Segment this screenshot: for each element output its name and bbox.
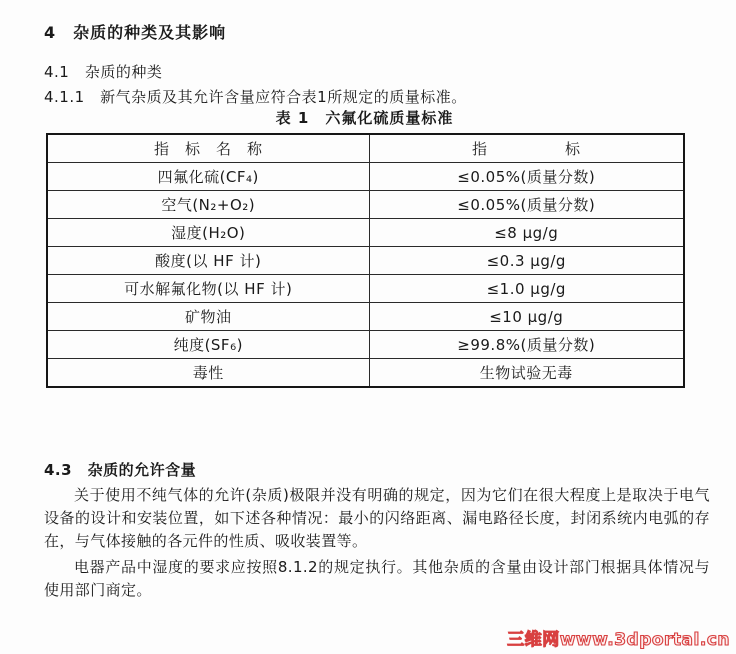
document-page: 4 杂质的种类及其影响 4.1 杂质的种类 4.1.1 新气杂质及其允许含量应符…: [0, 0, 736, 654]
indicator-value-cell: ≤0.05%(质量分数): [369, 163, 684, 191]
indicator-name-cell: 毒性: [47, 359, 369, 388]
table-caption: 表 1 六氟化硫质量标准: [46, 107, 683, 128]
indicator-name-cell: 酸度(以 HF 计): [47, 247, 369, 275]
table-row: 矿物油 ≤10 μg/g: [47, 303, 684, 331]
section-4-1-heading: 4.1 杂质的种类: [44, 61, 162, 82]
table-row: 空气(N₂+O₂) ≤0.05%(质量分数): [47, 191, 684, 219]
table-row: 湿度(H₂O) ≤8 μg/g: [47, 219, 684, 247]
indicator-name-cell: 矿物油: [47, 303, 369, 331]
table-row: 毒性 生物试验无毒: [47, 359, 684, 388]
paragraph-impurity-limits: 关于使用不纯气体的允许(杂质)极限并没有明确的规定，因为它们在很大程度上是取决于…: [44, 484, 710, 553]
indicator-value-cell: ≤0.3 μg/g: [369, 247, 684, 275]
table-row: 纯度(SF₆) ≥99.8%(质量分数): [47, 331, 684, 359]
watermark-text: 三维网www.3dportal.cn: [507, 625, 730, 650]
section-4-3-heading: 4.3 杂质的允许含量: [44, 459, 196, 480]
section-4-heading: 4 杂质的种类及其影响: [44, 20, 226, 43]
table-row: 酸度(以 HF 计) ≤0.3 μg/g: [47, 247, 684, 275]
indicator-value-cell: ≤1.0 μg/g: [369, 275, 684, 303]
paragraph-humidity-requirement: 电器产品中湿度的要求应按照8.1.2的规定执行。其他杂质的含量由设计部门根据具体…: [44, 556, 710, 602]
indicator-value-cell: ≥99.8%(质量分数): [369, 331, 684, 359]
indicator-name-cell: 空气(N₂+O₂): [47, 191, 369, 219]
indicator-value-cell: 生物试验无毒: [369, 359, 684, 388]
clause-4-1-1-text: 4.1.1 新气杂质及其允许含量应符合表1所规定的质量标准。: [44, 86, 467, 107]
indicator-name-cell: 湿度(H₂O): [47, 219, 369, 247]
indicator-name-cell: 四氟化硫(CF₄): [47, 163, 369, 191]
indicator-name-cell: 纯度(SF₆): [47, 331, 369, 359]
table-row: 可水解氟化物(以 HF 计) ≤1.0 μg/g: [47, 275, 684, 303]
table-header-row: 指 标 名 称 指 标: [47, 134, 684, 163]
indicator-name-cell: 可水解氟化物(以 HF 计): [47, 275, 369, 303]
indicator-value-cell: ≤8 μg/g: [369, 219, 684, 247]
indicator-value-cell: ≤0.05%(质量分数): [369, 191, 684, 219]
column-header-indicator-value: 指 标: [369, 134, 684, 163]
indicator-value-cell: ≤10 μg/g: [369, 303, 684, 331]
table-row: 四氟化硫(CF₄) ≤0.05%(质量分数): [47, 163, 684, 191]
column-header-indicator-name: 指 标 名 称: [47, 134, 369, 163]
sf6-quality-standards-table: 指 标 名 称 指 标 四氟化硫(CF₄) ≤0.05%(质量分数) 空气(N₂…: [46, 133, 685, 388]
